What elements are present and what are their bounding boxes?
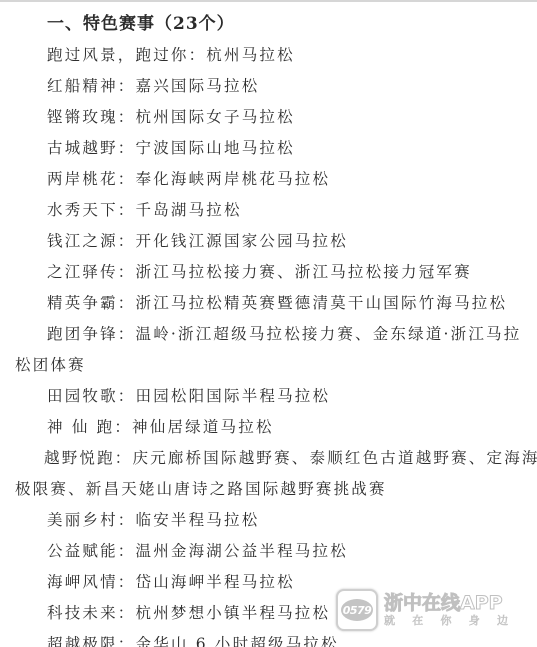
event-line: 松团体赛: [15, 353, 86, 375]
event-line: 科技未来：杭州梦想小镇半程马拉松: [47, 601, 330, 623]
slogan-char: 你: [441, 614, 452, 628]
event-line: 海岬风情：岱山海岬半程马拉松: [47, 570, 295, 592]
app-logo-icon: 0579: [336, 589, 378, 631]
event-line: 跑过风景，跑过你：杭州马拉松: [47, 43, 295, 65]
slogan-char: 在: [412, 614, 423, 628]
event-line: 古城越野：宁波国际山地马拉松: [47, 136, 295, 158]
event-line: 钱江之源：开化钱江源国家公园马拉松: [47, 229, 348, 251]
event-line: 公益赋能：温州金海湖公益半程马拉松: [47, 539, 348, 561]
top-border: [0, 0, 537, 2]
event-line: 越野悦跑：庆元廊桥国际越野赛、泰顺红色古道越野赛、定海海岛越野: [44, 446, 537, 468]
event-line: 红船精神：嘉兴国际马拉松: [47, 74, 259, 96]
event-line: 两岸桃花：奉化海峡两岸桃花马拉松: [47, 167, 330, 189]
event-line: 精英争霸：浙江马拉松精英赛暨德清莫干山国际竹海马拉松: [47, 291, 507, 313]
event-line: 水秀天下：千岛湖马拉松: [47, 198, 242, 220]
watermark-slogan: 就 在 你 身 边: [384, 614, 508, 628]
watermark-text: 浙中在线APP 就 在 你 身 边: [384, 592, 508, 628]
slogan-char: 边: [497, 614, 508, 628]
section-heading: 一、特色赛事（23个）: [47, 9, 235, 34]
event-line: 之江驿传：浙江马拉松接力赛、浙江马拉松接力冠军赛: [47, 260, 472, 282]
event-line: 超越极限：金华山 6 小时超级马拉松: [47, 632, 339, 647]
event-line: 神 仙 跑：神仙居绿道马拉松: [47, 415, 274, 437]
slogan-char: 就: [384, 614, 395, 628]
event-line: 美丽乡村：临安半程马拉松: [47, 508, 259, 530]
event-line: 田园牧歌：田园松阳国际半程马拉松: [47, 384, 330, 406]
event-line: 跑团争锋：温岭·浙江超级马拉松接力赛、金东绿道·浙江马拉: [47, 322, 521, 344]
app-logo-text: 0579: [341, 599, 373, 621]
event-line: 铿锵玫瑰：杭州国际女子马拉松: [47, 105, 295, 127]
watermark-title: 浙中在线APP: [384, 592, 508, 614]
slogan-char: 身: [469, 614, 480, 628]
event-line: 极限赛、新昌天姥山唐诗之路国际越野赛挑战赛: [15, 477, 387, 499]
watermark: 0579 浙中在线APP 就 在 你 身 边: [336, 585, 536, 635]
